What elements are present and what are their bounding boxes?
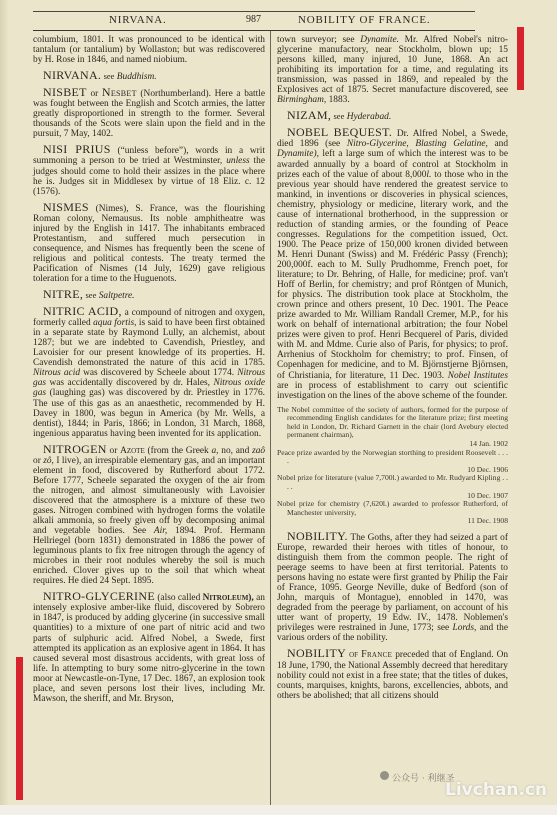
cross-reference: Hyderabad. xyxy=(347,112,392,122)
header-rule xyxy=(33,30,475,31)
headword: NOBILITY. xyxy=(287,529,348,543)
highlight-marker-right xyxy=(517,27,524,90)
headword: NOBEL BEQUEST. xyxy=(287,125,392,139)
highlight-marker-left xyxy=(16,657,23,800)
running-header: NIRVANA. 987 NOBILITY OF FRANCE. xyxy=(33,14,475,28)
entry-nitro-glycerine: NITRO-GLYCERINE (also called Nitroleum),… xyxy=(33,591,265,704)
entry-columbium-continuation: columbium, 1801. It was pronounced to be… xyxy=(33,35,265,65)
headword: NITRO-GLYCERINE xyxy=(43,589,155,603)
nobel-chronology: The Nobel committee of the society of au… xyxy=(277,406,508,526)
entry-nitrogen: NITROGEN or Azote (from the Greek a, no,… xyxy=(33,444,265,587)
headword: NITRE, xyxy=(43,287,83,301)
top-rule xyxy=(33,11,475,12)
chronology-item: Nobel prize for chemistry (7,620l.) awar… xyxy=(277,500,508,526)
headword: NISI PRIUS xyxy=(43,142,111,156)
watermark: Livchan.cn xyxy=(445,780,547,800)
headword: NIRVANA. xyxy=(43,68,101,82)
entry-nisi-prius: NISI PRIUS (“unless before”), words in a… xyxy=(33,144,265,196)
entry-nitro-glycerine-continuation: town surveyor; see Dynamite. Mr. Alfred … xyxy=(277,35,508,105)
headword: NIZAM, xyxy=(287,108,331,122)
entry-nobility: NOBILITY. The Goths, after they had seiz… xyxy=(277,531,508,644)
bottom-margin-strip xyxy=(0,805,557,815)
left-column: columbium, 1801. It was pronounced to be… xyxy=(33,35,265,709)
chronology-item: Peace prize awarded by the Norwegian sto… xyxy=(277,449,508,475)
entry-nitre: NITRE, see Saltpetre. xyxy=(33,289,265,301)
entry-nobility-of-france: NOBILITY of France preceded that of Engl… xyxy=(277,648,508,700)
entry-nisbet: NISBET or Nesbet (Northumberland). Here … xyxy=(33,87,265,139)
headword: NOBILITY xyxy=(287,646,346,660)
header-right-guideword: NOBILITY OF FRANCE. xyxy=(298,14,430,26)
entry-nismes: NISMES (Nimes), S. France, was the flour… xyxy=(33,202,265,284)
headword: NITROGEN xyxy=(43,442,107,456)
entry-nirvana: NIRVANA. see Buddhism. xyxy=(33,70,265,82)
entry-nitric-acid: NITRIC ACID, a compound of nitrogen and … xyxy=(33,306,265,439)
headword: NISMES xyxy=(43,200,89,214)
chronology-date: 11 Dec. 1908 xyxy=(287,517,508,526)
page-number: 987 xyxy=(246,14,261,25)
headword: NITRIC ACID, xyxy=(43,304,122,318)
header-left-guideword: NIRVANA. xyxy=(109,14,167,26)
chronology-item: The Nobel committee of the society of au… xyxy=(277,406,508,449)
headword: NISBET xyxy=(43,85,87,99)
entry-nobel-bequest: NOBEL BEQUEST. Dr. Alfred Nobel, a Swede… xyxy=(277,127,508,400)
right-column: town surveyor; see Dynamite. Mr. Alfred … xyxy=(277,35,508,706)
column-divider xyxy=(270,31,271,806)
cross-reference: Buddhism. xyxy=(117,72,157,82)
watermark-logo-icon xyxy=(380,771,389,780)
chronology-item: Nobel prize for literature (value 7,700l… xyxy=(277,474,508,500)
page-edge-shadow xyxy=(0,0,8,805)
entry-nizam: NIZAM, see Hyderabad. xyxy=(277,110,508,122)
cross-reference: Saltpetre. xyxy=(99,291,135,301)
